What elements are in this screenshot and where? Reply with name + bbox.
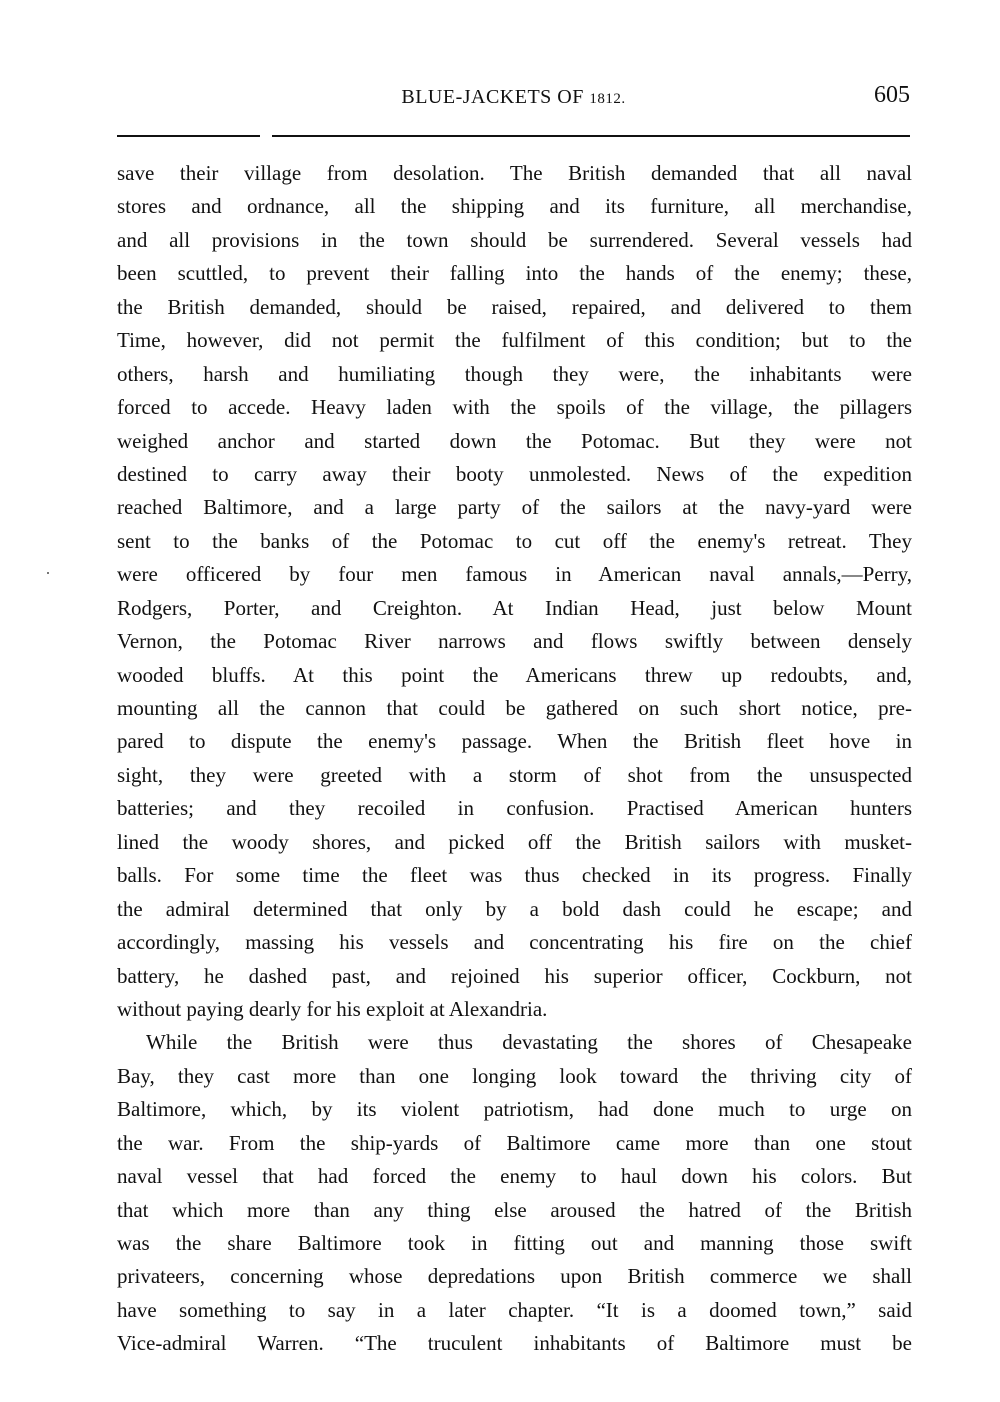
text-line: been scuttled, to prevent their falling …: [117, 257, 912, 290]
running-title: BLUE-JACKETS OF 1812.: [117, 86, 910, 109]
text-line: mounting all the cannon that could be ga…: [117, 692, 912, 725]
text-line: Rodgers, Porter, and Creighton. At India…: [117, 592, 912, 625]
text-line: battery, he dashed past, and rejoined hi…: [117, 960, 912, 993]
scan-speck: [47, 572, 49, 574]
text-line: lined the woody shores, and picked off t…: [117, 826, 912, 859]
text-line: pared to dispute the enemy's passage. Wh…: [117, 725, 912, 758]
text-line: and all provisions in the town should be…: [117, 224, 912, 257]
text-line: sent to the banks of the Potomac to cut …: [117, 525, 912, 558]
text-line: Vice-admiral Warren. “The truculent inha…: [117, 1327, 912, 1360]
header-rule-right: [272, 135, 910, 137]
text-line: Vernon, the Potomac River narrows and fl…: [117, 625, 912, 658]
text-line: the admiral determined that only by a bo…: [117, 893, 912, 926]
running-header: BLUE-JACKETS OF 1812. 605: [117, 82, 910, 118]
running-title-text: BLUE-JACKETS OF: [401, 86, 584, 108]
page-body: save their village from desolation. The …: [117, 157, 912, 1361]
text-line: weighed anchor and started down the Poto…: [117, 425, 912, 458]
page-number: 605: [874, 82, 910, 109]
text-line: reached Baltimore, and a large party of …: [117, 491, 912, 524]
text-line: balls. For some time the fleet was thus …: [117, 859, 912, 892]
paragraph-2: While the British were thus devastating …: [117, 1026, 912, 1360]
text-line: that which more than any thing else arou…: [117, 1194, 912, 1227]
text-line: privateers, concerning whose depredation…: [117, 1260, 912, 1293]
running-title-year: 1812.: [589, 91, 625, 107]
text-line: forced to accede. Heavy laden with the s…: [117, 391, 912, 424]
paragraph-1: save their village from desolation. The …: [117, 157, 912, 1026]
text-line: the war. From the ship-yards of Baltimor…: [117, 1127, 912, 1160]
text-line: the British demanded, should be raised, …: [117, 291, 912, 324]
text-line: was the share Baltimore took in fitting …: [117, 1227, 912, 1260]
text-line: wooded bluffs. At this point the America…: [117, 659, 912, 692]
text-line: others, harsh and humiliating though the…: [117, 358, 912, 391]
header-rule-left: [117, 135, 260, 137]
text-line-indented: While the British were thus devastating …: [117, 1026, 912, 1059]
text-line-paragraph-end: without paying dearly for his exploit at…: [117, 993, 912, 1026]
text-line: accordingly, massing his vessels and con…: [117, 926, 912, 959]
text-line: save their village from desolation. The …: [117, 157, 912, 190]
text-line: Bay, they cast more than one longing loo…: [117, 1060, 912, 1093]
text-line: have something to say in a later chapter…: [117, 1294, 912, 1327]
text-line: sight, they were greeted with a storm of…: [117, 759, 912, 792]
text-line: were officered by four men famous in Ame…: [117, 558, 912, 591]
text-line: Time, however, did not permit the fulfil…: [117, 324, 912, 357]
text-line: destined to carry away their booty unmol…: [117, 458, 912, 491]
text-line: batteries; and they recoiled in confusio…: [117, 792, 912, 825]
text-line: naval vessel that had forced the enemy t…: [117, 1160, 912, 1193]
text-line: stores and ordnance, all the shipping an…: [117, 190, 912, 223]
text-line: Baltimore, which, by its violent patriot…: [117, 1093, 912, 1126]
